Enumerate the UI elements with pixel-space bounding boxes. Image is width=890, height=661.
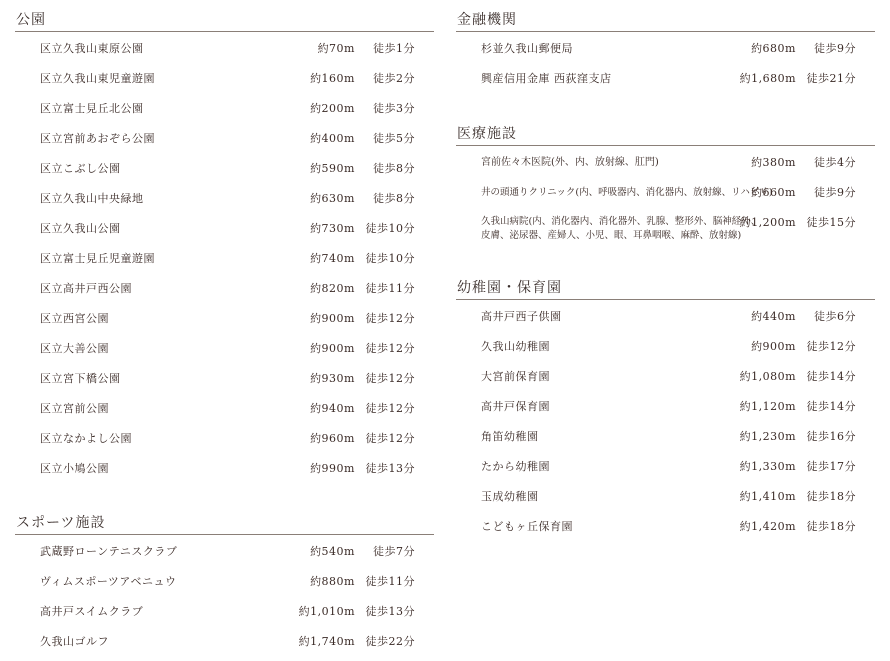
facility-walk-time: 徒歩11分 — [366, 274, 416, 304]
facility-name: 高井戸西子供園 — [481, 302, 562, 332]
facility-distance: 約820m — [310, 274, 355, 304]
list-item: 区立高井戸西公園約820m徒歩11分 — [15, 274, 434, 304]
facility-distance: 約1,010m — [299, 597, 355, 627]
facility-distance: 約740m — [310, 244, 355, 274]
list-item: 区立こぶし公園約590m徒歩8分 — [15, 154, 434, 184]
facility-walk-time: 徒歩13分 — [366, 454, 416, 484]
sports-list: 武蔵野ローンテニスクラブ約540m徒歩7分ヴィムスポーツアベニュウ約880m徒歩… — [15, 535, 434, 657]
list-item: こどもヶ丘保育園約1,420m徒歩18分 — [456, 512, 875, 542]
facility-walk-time: 徒歩10分 — [366, 244, 416, 274]
facility-distance: 約440m — [751, 302, 796, 332]
section-finance: 金融機関 杉並久我山郵便局約680m徒歩9分興産信用金庫 西荻窪支店約1,680… — [456, 9, 875, 94]
facility-distance: 約990m — [310, 454, 355, 484]
facility-name: 区立宮前公園 — [40, 394, 109, 424]
list-item: 玉成幼稚園約1,410m徒歩18分 — [456, 482, 875, 512]
facility-name: こどもヶ丘保育園 — [481, 512, 573, 542]
facility-name: 大宮前保育園 — [481, 362, 550, 392]
facility-name: 宮前佐々木医院(外、内、放射線、肛門) — [481, 148, 659, 178]
facility-name: 久我山病院(内、消化器内、消化器外、乳腺、整形外、脳神経外、 皮膚、泌尿器、産婦… — [481, 215, 760, 243]
facility-name: 区立富士見丘北公園 — [40, 94, 144, 124]
section-title-medical: 医療施設 — [456, 123, 875, 146]
facility-distance: 約1,330m — [740, 452, 796, 482]
facility-walk-time: 徒歩12分 — [366, 334, 416, 364]
facility-name: 区立久我山公園 — [40, 214, 121, 244]
list-item: 高井戸西子供園約440m徒歩6分 — [456, 302, 875, 332]
facility-distance: 約900m — [310, 334, 355, 364]
list-item: 区立大善公園約900m徒歩12分 — [15, 334, 434, 364]
facility-name: 区立西宮公園 — [40, 304, 109, 334]
facility-distance: 約400m — [310, 124, 355, 154]
facility-walk-time: 徒歩6分 — [814, 302, 856, 332]
facility-walk-time: 徒歩17分 — [807, 452, 857, 482]
list-item: 角笛幼稚園約1,230m徒歩16分 — [456, 422, 875, 452]
facility-walk-time: 徒歩22分 — [366, 627, 416, 657]
list-item: たから幼稚園約1,330m徒歩17分 — [456, 452, 875, 482]
facility-walk-time: 徒歩12分 — [366, 394, 416, 424]
list-item: 区立富士見丘北公園約200m徒歩3分 — [15, 94, 434, 124]
facility-name: 玉成幼稚園 — [481, 482, 539, 512]
facility-name: 角笛幼稚園 — [481, 422, 539, 452]
facility-name: 高井戸スイムクラブ — [40, 597, 143, 627]
list-item: 区立久我山東児童遊園約160m徒歩2分 — [15, 64, 434, 94]
facility-name: 区立富士見丘児童遊園 — [40, 244, 155, 274]
list-item: 区立久我山東原公園約70m徒歩1分 — [15, 34, 434, 64]
facility-walk-time: 徒歩18分 — [807, 512, 857, 542]
facility-name: 区立小鳩公園 — [40, 454, 109, 484]
facility-name: 杉並久我山郵便局 — [481, 34, 573, 64]
section-title-finance: 金融機関 — [456, 9, 875, 32]
facility-walk-time: 徒歩11分 — [366, 567, 416, 597]
facility-name: 区立久我山中央緑地 — [40, 184, 144, 214]
facility-walk-time: 徒歩9分 — [814, 178, 856, 208]
facility-distance: 約940m — [310, 394, 355, 424]
facility-walk-time: 徒歩3分 — [373, 94, 415, 124]
facility-name: 区立久我山東原公園 — [40, 34, 144, 64]
facility-distance: 約160m — [310, 64, 355, 94]
facility-distance: 約880m — [310, 567, 355, 597]
list-item: 区立宮前公園約940m徒歩12分 — [15, 394, 434, 424]
facility-walk-time: 徒歩8分 — [373, 154, 415, 184]
list-item: 久我山病院(内、消化器内、消化器外、乳腺、整形外、脳神経外、 皮膚、泌尿器、産婦… — [456, 208, 875, 254]
facility-distance: 約1,420m — [740, 512, 796, 542]
facility-name: 区立高井戸西公園 — [40, 274, 132, 304]
facility-distance: 約540m — [310, 537, 355, 567]
section-title-sports: スポーツ施設 — [15, 512, 434, 535]
facility-walk-time: 徒歩12分 — [366, 364, 416, 394]
medical-list: 宮前佐々木医院(外、内、放射線、肛門) 約380m 徒歩4分 井の頭通りクリニッ… — [456, 146, 875, 254]
facility-name: 区立宮前あおぞら公園 — [40, 124, 155, 154]
facility-walk-time: 徒歩5分 — [373, 124, 415, 154]
list-item: 高井戸スイムクラブ約1,010m徒歩13分 — [15, 597, 434, 627]
facility-distance: 約380m — [751, 148, 796, 178]
list-item: 区立小鳩公園約990m徒歩13分 — [15, 454, 434, 484]
facility-walk-time: 徒歩4分 — [814, 148, 856, 178]
facility-name-line2: 皮膚、泌尿器、産婦人、小児、眼、耳鼻咽喉、麻酔、放射線) — [481, 230, 741, 241]
list-item: 宮前佐々木医院(外、内、放射線、肛門) 約380m 徒歩4分 — [456, 148, 875, 178]
list-item: 武蔵野ローンテニスクラブ約540m徒歩7分 — [15, 537, 434, 567]
list-item: 区立久我山公園約730m徒歩10分 — [15, 214, 434, 244]
facility-walk-time: 徒歩14分 — [807, 392, 857, 422]
facility-walk-time: 徒歩1分 — [373, 34, 415, 64]
facility-walk-time: 徒歩10分 — [366, 214, 416, 244]
facility-walk-time: 徒歩16分 — [807, 422, 857, 452]
list-item: ヴィムスポーツアベニュウ約880m徒歩11分 — [15, 567, 434, 597]
facility-walk-time: 徒歩12分 — [366, 304, 416, 334]
facility-distance: 約730m — [310, 214, 355, 244]
list-item: 区立宮下橋公園約930m徒歩12分 — [15, 364, 434, 394]
facility-walk-time: 徒歩14分 — [807, 362, 857, 392]
facility-distance: 約1,740m — [299, 627, 355, 657]
facility-name: 久我山幼稚園 — [481, 332, 550, 362]
facility-name-line1: 久我山病院(内、消化器内、消化器外、乳腺、整形外、脳神経外、 — [481, 216, 760, 227]
facility-distance: 約200m — [310, 94, 355, 124]
facility-name: 井の頭通りクリニック(内、呼吸器内、消化器内、放射線、リハビリ) — [481, 178, 773, 208]
list-item: 区立西宮公園約900m徒歩12分 — [15, 304, 434, 334]
facility-name: ヴィムスポーツアベニュウ — [40, 567, 176, 597]
facility-distance: 約680m — [751, 34, 796, 64]
list-item: 杉並久我山郵便局約680m徒歩9分 — [456, 34, 875, 64]
section-parks: 公園 区立久我山東原公園約70m徒歩1分区立久我山東児童遊園約160m徒歩2分区… — [15, 9, 434, 484]
list-item: 大宮前保育園約1,080m徒歩14分 — [456, 362, 875, 392]
facility-distance: 約1,120m — [740, 392, 796, 422]
facility-distance: 約930m — [310, 364, 355, 394]
facility-walk-time: 徒歩12分 — [807, 332, 857, 362]
parks-list: 区立久我山東原公園約70m徒歩1分区立久我山東児童遊園約160m徒歩2分区立富士… — [15, 32, 434, 484]
list-item: 高井戸保育園約1,120m徒歩14分 — [456, 392, 875, 422]
facility-walk-time: 徒歩13分 — [366, 597, 416, 627]
facility-name: 区立こぶし公園 — [40, 154, 121, 184]
section-title-childcare: 幼稚園・保育園 — [456, 277, 875, 300]
facility-name: 久我山ゴルフ — [40, 627, 109, 657]
section-childcare: 幼稚園・保育園 高井戸西子供園約440m徒歩6分久我山幼稚園約900m徒歩12分… — [456, 277, 875, 542]
facility-walk-time: 徒歩2分 — [373, 64, 415, 94]
facility-name: 区立宮下橋公園 — [40, 364, 121, 394]
facility-distance: 約630m — [310, 184, 355, 214]
facility-distance: 約590m — [310, 154, 355, 184]
facility-walk-time: 徒歩8分 — [373, 184, 415, 214]
list-item: 区立なかよし公園約960m徒歩12分 — [15, 424, 434, 454]
facility-distance: 約70m — [318, 34, 355, 64]
list-item: 久我山ゴルフ約1,740m徒歩22分 — [15, 627, 434, 657]
facility-name: 武蔵野ローンテニスクラブ — [40, 537, 177, 567]
section-sports: スポーツ施設 武蔵野ローンテニスクラブ約540m徒歩7分ヴィムスポーツアベニュウ… — [15, 512, 434, 657]
list-item: 区立久我山中央緑地約630m徒歩8分 — [15, 184, 434, 214]
facility-walk-time: 徒歩12分 — [366, 424, 416, 454]
facility-name: 区立なかよし公園 — [40, 424, 132, 454]
childcare-list: 高井戸西子供園約440m徒歩6分久我山幼稚園約900m徒歩12分大宮前保育園約1… — [456, 300, 875, 542]
facility-distance: 約1,200m — [740, 208, 796, 238]
finance-list: 杉並久我山郵便局約680m徒歩9分興産信用金庫 西荻窪支店約1,680m徒歩21… — [456, 32, 875, 94]
facility-name: 区立久我山東児童遊園 — [40, 64, 155, 94]
facility-distance: 約1,230m — [740, 422, 796, 452]
facility-walk-time: 徒歩7分 — [373, 537, 415, 567]
list-item: 区立宮前あおぞら公園約400m徒歩5分 — [15, 124, 434, 154]
facility-distance: 約900m — [751, 332, 796, 362]
list-item: 井の頭通りクリニック(内、呼吸器内、消化器内、放射線、リハビリ) 約660m 徒… — [456, 178, 875, 208]
facility-distance: 約960m — [310, 424, 355, 454]
facility-distance: 約660m — [751, 178, 796, 208]
list-item: 興産信用金庫 西荻窪支店約1,680m徒歩21分 — [456, 64, 875, 94]
list-item: 久我山幼稚園約900m徒歩12分 — [456, 332, 875, 362]
facility-distance: 約900m — [310, 304, 355, 334]
facility-walk-time: 徒歩15分 — [807, 208, 857, 238]
facility-name: たから幼稚園 — [481, 452, 550, 482]
facility-name: 高井戸保育園 — [481, 392, 550, 422]
facility-distance: 約1,410m — [740, 482, 796, 512]
facility-walk-time: 徒歩18分 — [807, 482, 857, 512]
facility-walk-time: 徒歩21分 — [807, 64, 857, 94]
facility-distance: 約1,680m — [740, 64, 796, 94]
facility-distance: 約1,080m — [740, 362, 796, 392]
facility-name: 区立大善公園 — [40, 334, 109, 364]
section-title-parks: 公園 — [15, 9, 434, 32]
facility-name: 興産信用金庫 西荻窪支店 — [481, 64, 612, 94]
list-item: 区立富士見丘児童遊園約740m徒歩10分 — [15, 244, 434, 274]
facility-walk-time: 徒歩9分 — [814, 34, 856, 64]
section-medical: 医療施設 宮前佐々木医院(外、内、放射線、肛門) 約380m 徒歩4分 井の頭通… — [456, 123, 875, 254]
